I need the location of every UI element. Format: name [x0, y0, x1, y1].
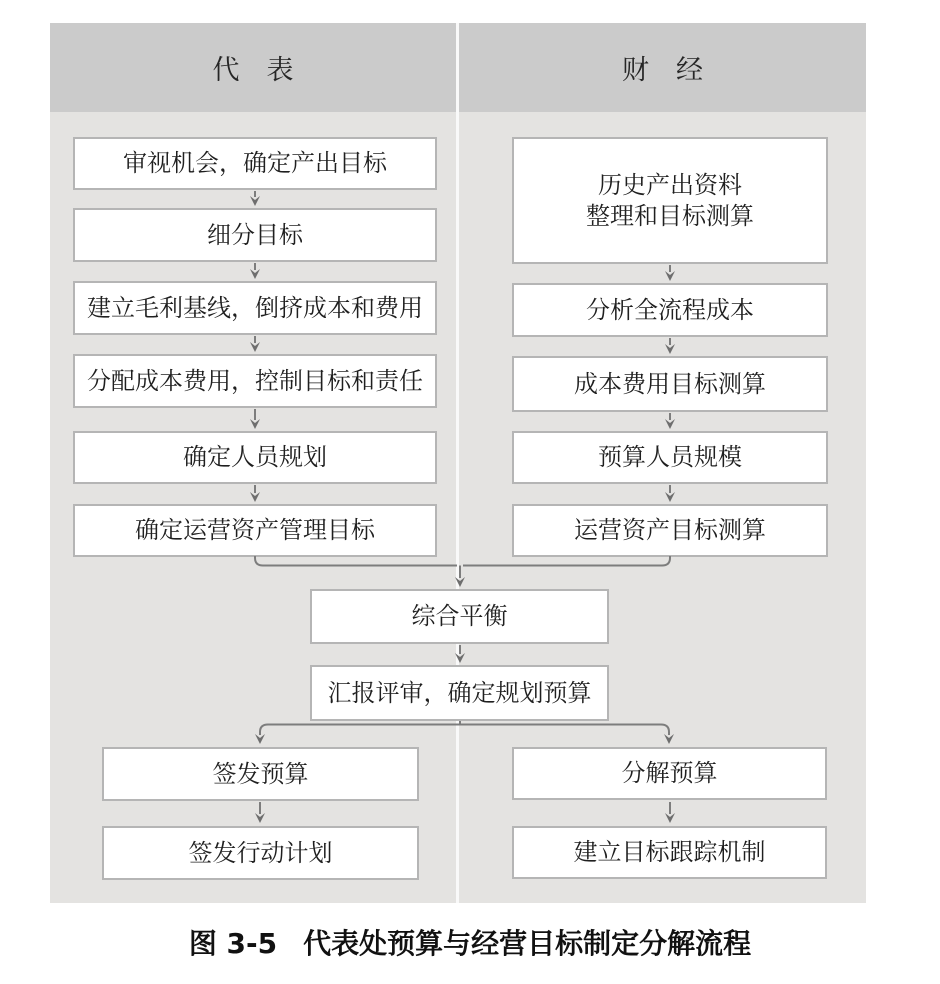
flow-box-review-opportunities: 审视机会，确定产出目标 [73, 137, 437, 190]
flow-box-historical-output-data: 历史产出资料 整理和目标测算 [512, 137, 828, 264]
flow-box-cost-expense-target-estimate: 成本费用目标测算 [512, 356, 828, 412]
flow-box-issue-budget: 签发预算 [102, 747, 419, 801]
flow-box-headcount-plan: 确定人员规划 [73, 431, 437, 484]
flow-box-decompose-budget: 分解预算 [512, 747, 827, 800]
figure-flowchart: 代 表 财 经 审视机会，确定产出目标 细分目标 建立毛利基线，倒挤成本和费用 … [0, 0, 940, 984]
flow-box-full-process-cost-analysis: 分析全流程成本 [512, 283, 828, 337]
figure-caption-title: 代表处预算与经营目标制定分解流程 [303, 927, 751, 960]
flow-box-operating-assets-target: 确定运营资产管理目标 [73, 504, 437, 557]
figure-caption-number: 图 3-5 [189, 927, 277, 960]
flow-box-comprehensive-balance: 综合平衡 [310, 589, 609, 644]
header-cell-finance: 财 经 [459, 23, 866, 112]
flow-box-allocate-costs: 分配成本费用，控制目标和责任 [73, 354, 437, 408]
header-label-representative: 代 表 [213, 48, 294, 87]
header-cell-representative: 代 表 [50, 23, 456, 112]
flow-box-report-review: 汇报评审，确定规划预算 [310, 665, 609, 721]
column-divider-line [456, 23, 459, 903]
header-label-finance: 财 经 [622, 48, 703, 87]
flow-box-issue-action-plan: 签发行动计划 [102, 826, 419, 880]
flow-box-target-tracking-mechanism: 建立目标跟踪机制 [512, 826, 827, 879]
figure-caption: 图 3-5代表处预算与经营目标制定分解流程 [0, 922, 940, 962]
flow-box-budget-headcount-scale: 预算人员规模 [512, 431, 828, 484]
flow-box-operating-assets-estimate: 运营资产目标测算 [512, 504, 828, 557]
flow-box-gross-margin-baseline: 建立毛利基线，倒挤成本和费用 [73, 281, 437, 335]
flow-box-subdivide-targets: 细分目标 [73, 208, 437, 262]
